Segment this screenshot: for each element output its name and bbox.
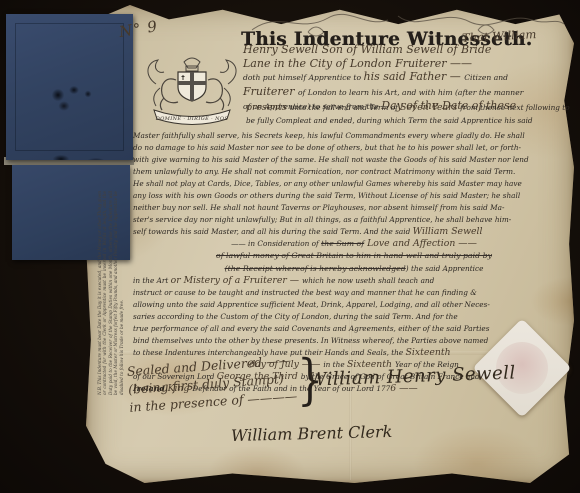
motto-text: DOMINE · DIRIGE · NOS	[155, 116, 229, 122]
blue-duty-stamp-patch-top	[6, 14, 133, 160]
city-of-london-coat-of-arms: DOMINE · DIRIGE · NOS	[136, 54, 248, 128]
covenant-indented-lines: presents unto the full end and Term of S…	[246, 100, 574, 126]
photographed-indenture-document: N° 9 DOMINE · DIRIGE · NOS This Indentur…	[0, 0, 580, 493]
